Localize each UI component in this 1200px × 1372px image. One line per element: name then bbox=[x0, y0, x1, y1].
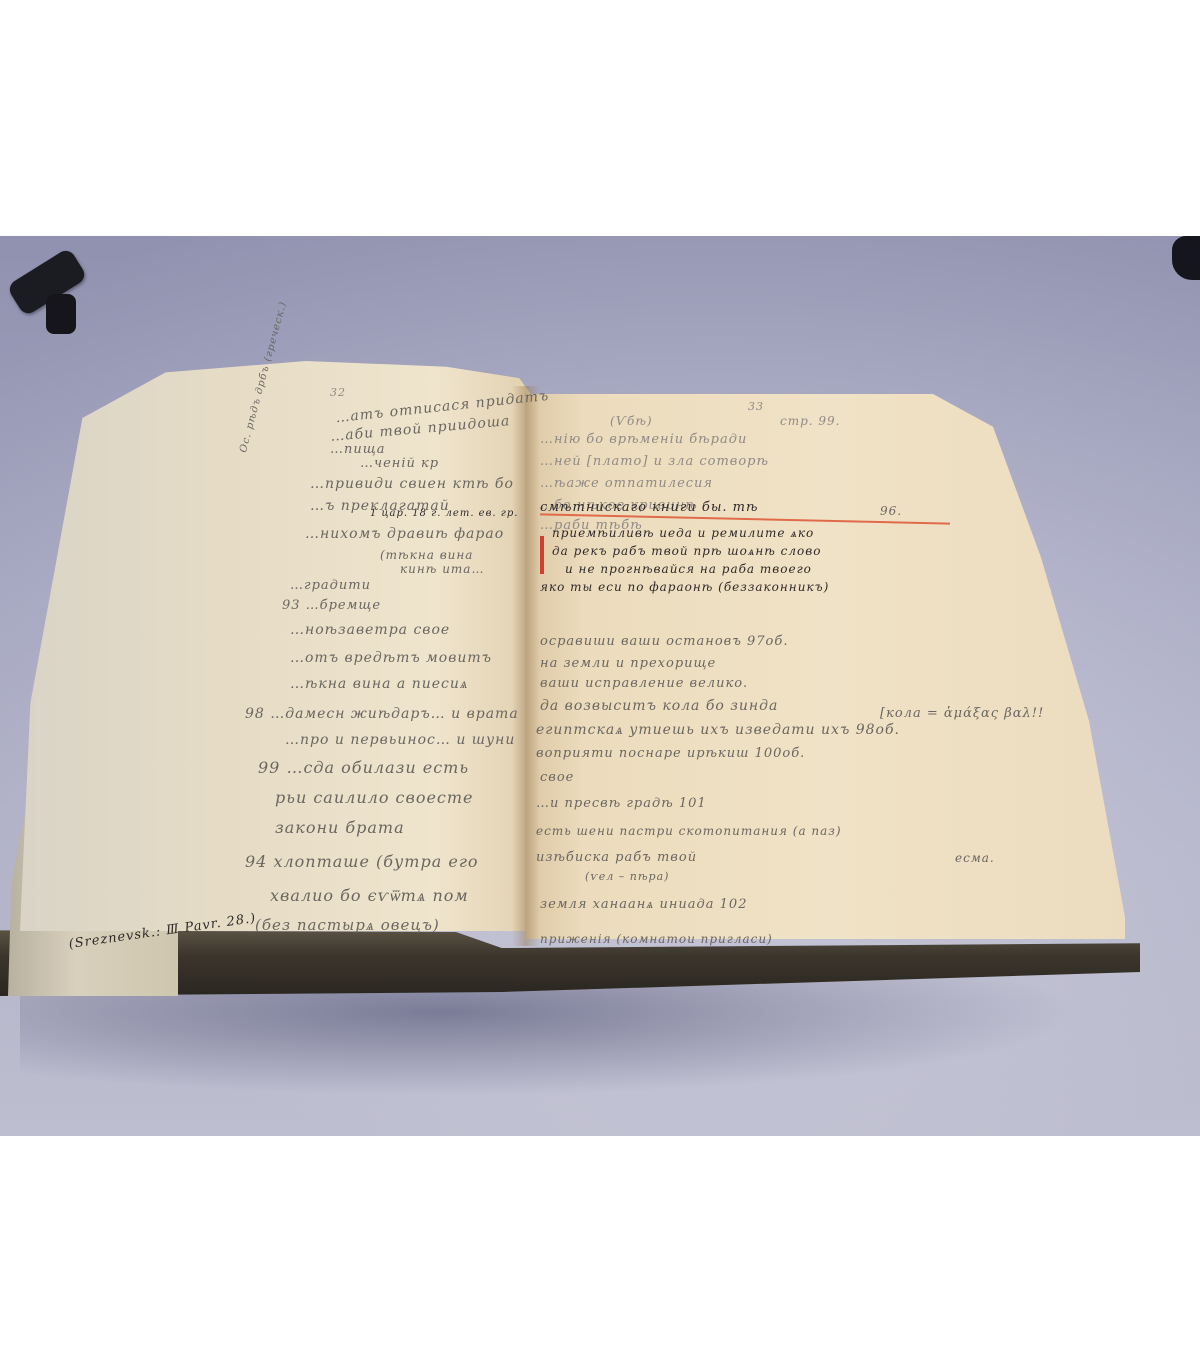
right-header-note: (Ѵбѣ) bbox=[610, 414, 653, 428]
passage-line: приемѣиливѣ иеда и ремилите ѧко bbox=[552, 526, 814, 541]
right-line: осравиши ваши остановъ 97об. bbox=[540, 634, 788, 649]
right-line: воприяти поснаре ирѣкиш 100об. bbox=[536, 746, 805, 761]
black-knob-object bbox=[10, 264, 90, 334]
right-line: египтскаѧ утиешь ихъ изведати ихъ 98об. bbox=[536, 722, 900, 739]
right-line: изѣбиска рабъ твой bbox=[536, 850, 697, 865]
left-line: (тѣкна вина bbox=[380, 548, 473, 562]
red-bracket-mark bbox=[540, 536, 544, 574]
right-line: ваши исправление велико. bbox=[540, 676, 748, 691]
left-line: …пища bbox=[330, 442, 386, 457]
left-line: 99 …сда обилази есть bbox=[258, 758, 469, 777]
left-line: …нихомъ дравиѣ фарао bbox=[305, 526, 504, 542]
dark-corner-object bbox=[1172, 236, 1200, 280]
kola-margin-note: [кола = ἁμάξας βαλ!! bbox=[880, 706, 1044, 721]
right-line: земля ханаанѧ иниада 102 bbox=[540, 896, 747, 912]
passage-line: и не прогнѣвайся на раба твоего bbox=[565, 562, 812, 576]
passage-line: яко ты еси по фараонѣ (беззаконникъ) bbox=[540, 580, 829, 594]
left-line: 98 …дамесн жиѣдаръ… и врата bbox=[245, 706, 519, 722]
right-faint-line: …нію бо врѣменіи бѣради bbox=[540, 432, 747, 447]
left-line: …отъ вредѣтъ мовитъ bbox=[290, 650, 492, 666]
passage-line: да рекъ рабъ твой прѣ шоѧнѣ слово bbox=[552, 544, 821, 559]
left-line: …градити bbox=[290, 578, 371, 593]
left-page-number: 32 bbox=[330, 386, 346, 399]
left-line: рьи саилило своесте bbox=[275, 788, 474, 807]
left-line: …ноѣзаветра свое bbox=[290, 622, 450, 638]
left-line: …ѣкна вина а пиесиѧ bbox=[290, 676, 468, 693]
heading-number: 96. bbox=[880, 504, 902, 518]
left-page bbox=[20, 361, 540, 931]
left-line: (без пастырѧ овецъ) bbox=[255, 916, 440, 935]
left-line: 94 хлопташе (бутра его bbox=[245, 852, 479, 871]
right-line: (ѵел – пѣра) bbox=[585, 870, 669, 883]
left-line: кинѣ ита… bbox=[400, 562, 484, 576]
right-faint-line: …ѣаже отпатилесия bbox=[540, 476, 713, 491]
right-line: да возвыситъ кола бо зинда bbox=[540, 698, 778, 714]
right-line: …и пресвѣ градѣ 101 bbox=[536, 796, 707, 811]
right-line: приженія (комнатои пригласи) bbox=[540, 932, 773, 946]
left-line: …про и первьинос… и шуни bbox=[285, 732, 515, 748]
left-line: закони брата bbox=[275, 818, 405, 837]
right-page-number: 33 bbox=[748, 400, 764, 413]
left-line: …привиди свиен ктѣ бо bbox=[310, 476, 514, 492]
manuscript-photo: 32 Ос. рѣдъ дрбъ (греческ.) …атъ отписас… bbox=[0, 236, 1200, 1136]
left-line: …ченій кр bbox=[360, 456, 439, 471]
right-corner-note: стр. 99. bbox=[780, 414, 841, 428]
left-line: 93 …бремще bbox=[282, 598, 381, 613]
right-line: свое bbox=[540, 770, 574, 785]
right-faint-line: …ней [плато] и зла сотворѣ bbox=[540, 454, 769, 469]
left-line: хвалио бо єѵѿтѧ пом bbox=[270, 886, 469, 906]
right-line: есть шени пастри скотопитания (а паз) bbox=[536, 824, 842, 838]
esma-margin-note: есма. bbox=[955, 851, 995, 865]
left-line-reference: 1 цар. 18 г. лет. ев. гр. bbox=[370, 508, 518, 519]
red-underlined-heading: смѣтнискаго книги бы. тѣ bbox=[540, 500, 758, 515]
right-line: на земли и прехорище bbox=[540, 656, 716, 671]
